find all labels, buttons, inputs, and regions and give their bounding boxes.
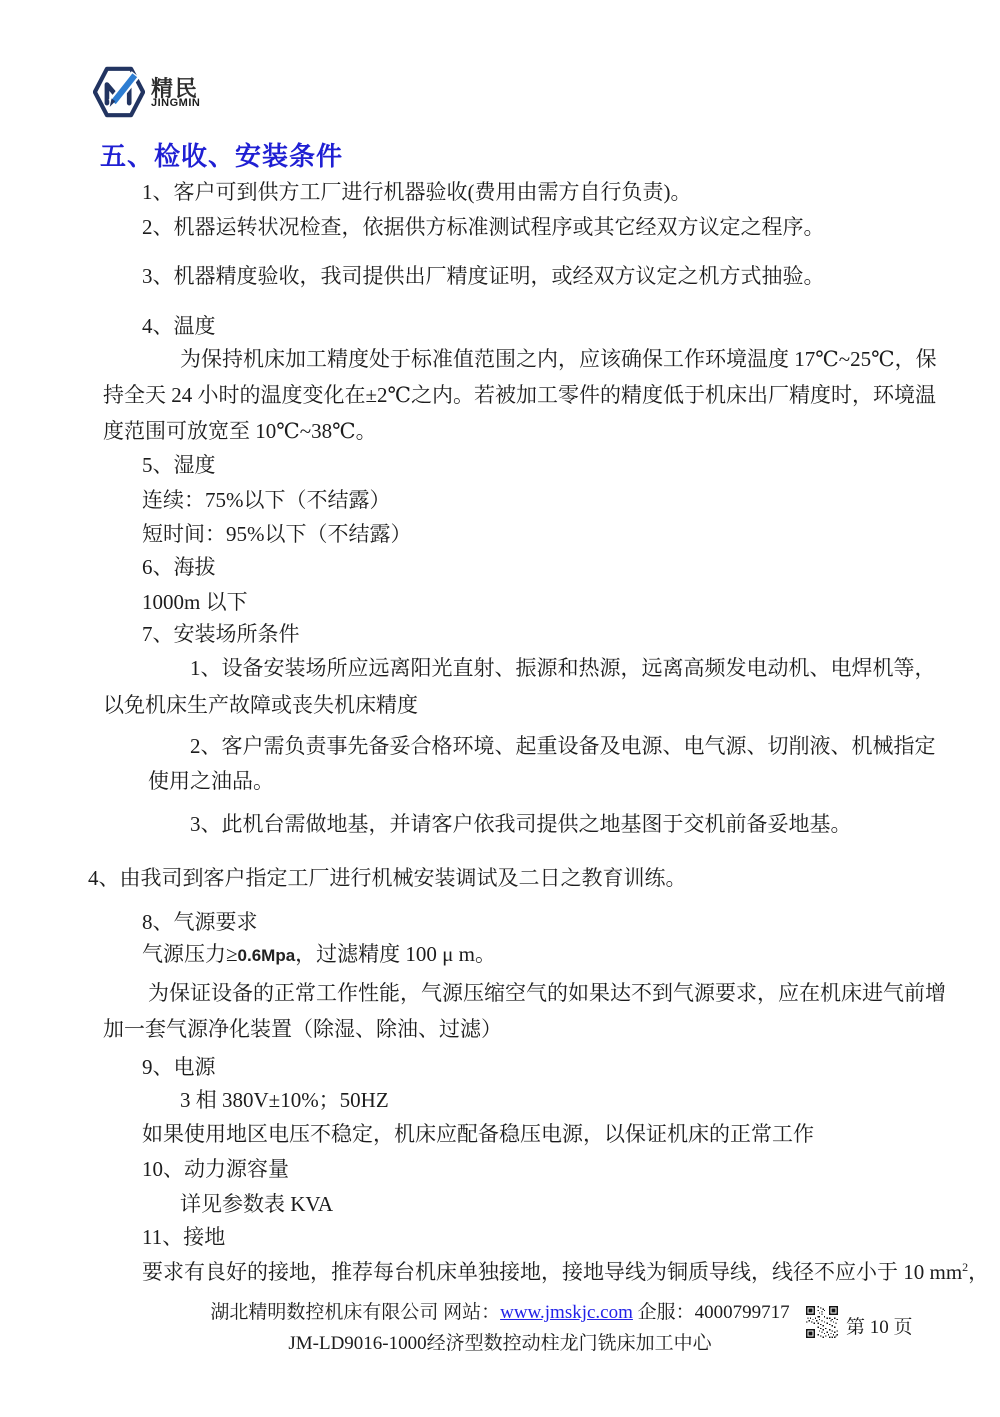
item-8-air-title: 8、气源要求 (142, 907, 258, 937)
site-sub3: 3、此机台需做地基，并请客户依我司提供之地基图于交机前备妥地基。 (190, 809, 852, 839)
item-4-installation-training: 4、由我司到客户指定工厂进行机械安装调试及二日之教育训练。 (88, 863, 687, 893)
air-pressure-line: 气源压力≥0.6Mpa，过滤精度 100 μ m。 (142, 939, 496, 971)
site-sub2-line1: 2、客户需负责事先备妥合格环境、起重设备及电源、电气源、切削液、机械指定 (190, 731, 936, 761)
air-note-line2: 加一套气源净化装置（除湿、除油、过滤） (103, 1014, 502, 1044)
power-spec: 3 相 380V±10%；50HZ (180, 1085, 389, 1115)
grounding-main: 要求有良好的接地，推荐每台机床单独接地，接地导线为铜质导线，线径不应小于 10 … (142, 1260, 962, 1284)
item-11-grounding-title: 11、接地 (142, 1222, 225, 1252)
item-4-temperature-title: 4、温度 (142, 311, 216, 341)
company-logo: 精民 JINGMIN (93, 64, 303, 122)
item-2: 2、机器运转状况检查，依据供方标准测试程序或其它经双方议定之程序。 (142, 212, 825, 242)
logo-text-en: JINGMIN (151, 97, 200, 109)
item-6-altitude-title: 6、海拔 (142, 552, 216, 582)
section-heading: 五、检收、安装条件 (100, 136, 343, 173)
site-sub1-line1: 1、设备安装场所应远离阳光直射、振源和热源，远离高频发电动机、电焊机等， (190, 653, 936, 683)
logo-hexagon-icon (93, 64, 145, 120)
capacity-note: 详见参数表 KVA (180, 1189, 333, 1219)
footer-company-suffix: 企服：4000799717 (633, 1302, 790, 1323)
site-sub1-line2: 以免机床生产故障或丧失机床精度 (103, 690, 418, 720)
qr-code (806, 1306, 838, 1338)
item-3: 3、机器精度验收，我司提供出厂精度证明，或经双方议定之机方式抽验。 (142, 261, 825, 291)
footer-company-prefix: 湖北精明数控机床有限公司 网站： (210, 1302, 500, 1323)
page-number: 第 10 页 (846, 1312, 913, 1339)
item-5-humidity-title: 5、湿度 (142, 450, 216, 480)
temperature-paragraph-line1: 为保持机床加工精度处于标准值范围之内，应该确保工作环境温度 17℃~25℃，保 (180, 344, 937, 374)
item-7-site-title: 7、安装场所条件 (142, 619, 300, 649)
power-note: 如果使用地区电压不稳定，机床应配备稳压电源，以保证机床的正常工作 (142, 1119, 814, 1149)
air-pressure-prefix: 气源压力≥ (142, 942, 238, 966)
air-pressure-value: 0.6Mpa (238, 946, 296, 965)
air-pressure-suffix: ，过滤精度 100 μ m。 (295, 942, 496, 966)
temperature-paragraph-line3: 度范围可放宽至 10℃~38℃。 (103, 416, 377, 446)
site-sub2-line2: 使用之油品。 (148, 766, 274, 796)
item-9-power-title: 9、电源 (142, 1052, 216, 1082)
altitude-value: 1000m 以下 (142, 587, 248, 617)
item-1: 1、客户可到供方工厂进行机器验收(费用由需方自行负责)。 (142, 177, 691, 207)
air-note-line1: 为保证设备的正常工作性能，气源压缩空气的如果达不到气源要求，应在机床进气前增 (148, 978, 946, 1008)
temperature-paragraph-line2: 持全天 24 小时的温度变化在±2℃之内。若被加工零件的精度低于机床出厂精度时，… (103, 380, 936, 410)
humidity-continuous: 连续：75%以下（不结露） (142, 485, 391, 515)
grounding-note: 要求有良好的接地，推荐每台机床单独接地，接地导线为铜质导线，线径不应小于 10 … (142, 1257, 989, 1287)
humidity-shortterm: 短时间：95%以下（不结露） (142, 519, 412, 549)
item-10-capacity-title: 10、动力源容量 (142, 1154, 289, 1184)
grounding-tail: ， (968, 1260, 989, 1284)
website-link[interactable]: www.jmskjc.com (500, 1302, 633, 1323)
